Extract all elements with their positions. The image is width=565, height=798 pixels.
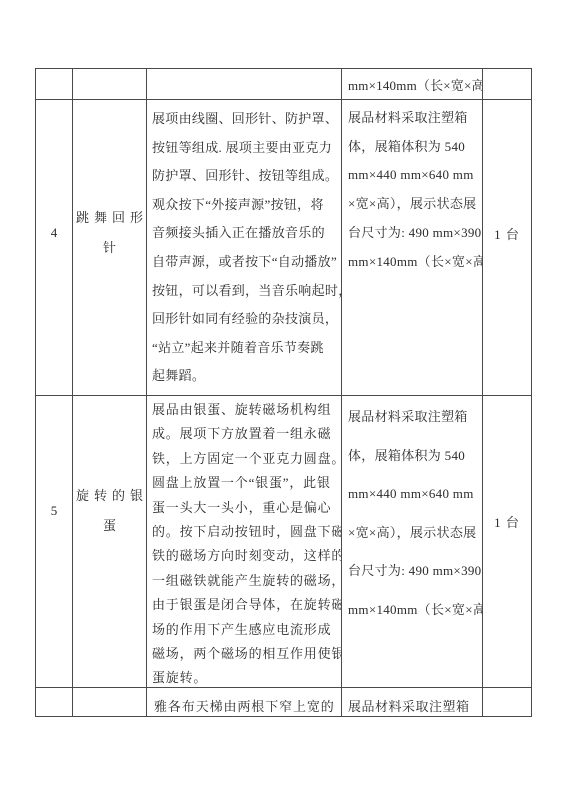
table-row-continuation: mm×140mm（长×宽×高）。 xyxy=(36,69,531,100)
table-row-5: 5 旋转的银蛋 展品由银蛋、旋转磁场机构组成。展项下方放置着一组永磁铁，上方固定… xyxy=(36,396,531,688)
cell-name: 旋转的银蛋 xyxy=(73,396,147,687)
cell-description: 雅各布天梯由两根下窄上宽的 xyxy=(147,688,342,716)
cell-no: 5 xyxy=(36,396,73,687)
item-number: 5 xyxy=(51,503,58,519)
cell-name xyxy=(73,69,147,99)
cell-materials: 展品材料采取注塑箱 xyxy=(342,688,483,716)
cell-quantity: 1 台 xyxy=(483,100,531,395)
cell-description xyxy=(147,69,342,99)
cell-name xyxy=(73,688,147,716)
cell-materials: mm×140mm（长×宽×高）。 xyxy=(342,69,483,99)
cell-description: 展品由银蛋、旋转磁场机构组成。展项下方放置着一组永磁铁，上方固定一个亚克力圆盘。… xyxy=(147,396,342,687)
cell-no xyxy=(36,688,73,716)
cell-description: 展项由线圈、回形针、防护罩、按钮等组成. 展项主要由亚克力防护罩、回形针、按钮等… xyxy=(147,100,342,395)
cell-no xyxy=(36,69,73,99)
cell-materials: 展品材料采取注塑箱体，展箱体积为 540mm×440 mm×640 mm（长×宽… xyxy=(342,100,483,395)
document-page: mm×140mm（长×宽×高）。 4 跳舞回形针 展项由线圈、回形针、防护罩、按… xyxy=(0,0,565,798)
item-name: 跳舞回形针 xyxy=(73,203,147,263)
item-number: 4 xyxy=(51,225,58,241)
cell-quantity: 1 台 xyxy=(483,396,531,687)
item-quantity: 1 台 xyxy=(494,512,520,531)
table-row-cut: 雅各布天梯由两根下窄上宽的 展品材料采取注塑箱 xyxy=(36,688,531,716)
exhibit-items-table: mm×140mm（长×宽×高）。 4 跳舞回形针 展项由线圈、回形针、防护罩、按… xyxy=(35,68,532,717)
table-row-4: 4 跳舞回形针 展项由线圈、回形针、防护罩、按钮等组成. 展项主要由亚克力防护罩… xyxy=(36,100,531,396)
item-quantity: 1 台 xyxy=(494,224,520,243)
cell-quantity xyxy=(483,69,531,99)
cell-quantity xyxy=(483,688,531,716)
item-name: 旋转的银蛋 xyxy=(73,481,147,541)
cell-name: 跳舞回形针 xyxy=(73,100,147,395)
cell-no: 4 xyxy=(36,100,73,395)
cell-materials: 展品材料采取注塑箱体，展箱体积为 540mm×440 mm×640 mm（长×宽… xyxy=(342,396,483,687)
